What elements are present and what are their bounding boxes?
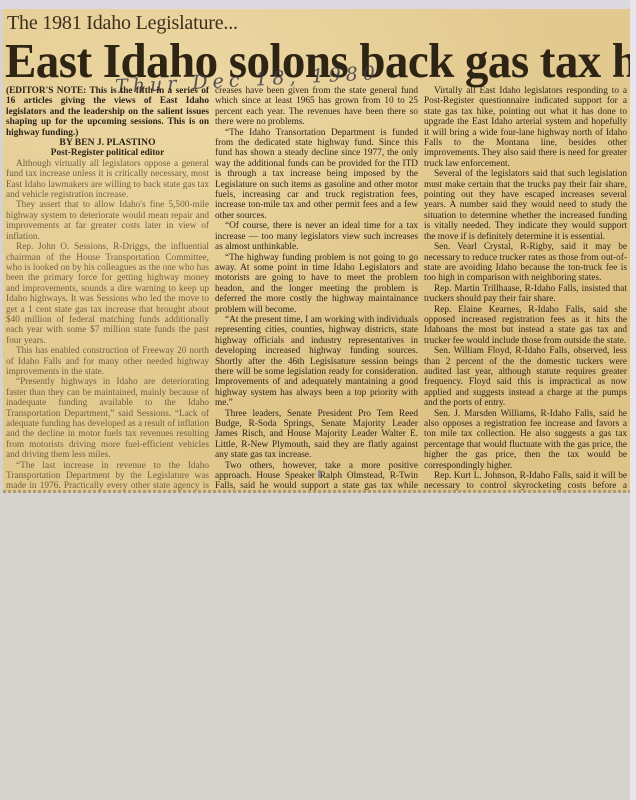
- paragraph: “Presently highways in Idaho are deterio…: [6, 377, 209, 460]
- byline-title: Post-Register political editor: [6, 148, 209, 158]
- article-body: (EDITOR'S NOTE: This is the fifth in a s…: [6, 86, 628, 492]
- article-column-2: creases have been given from the state g…: [215, 86, 418, 492]
- paragraph: Virtally all East Idaho legislators resp…: [424, 86, 627, 169]
- paragraph: “The Idaho Transortation Department is f…: [215, 128, 418, 222]
- paragraph: Sen. J. Marsden Williams, R-Idaho Falls,…: [424, 409, 627, 471]
- paragraph: Rep. Elaine Kearnes, R-Idaho Falls, said…: [424, 305, 627, 347]
- paragraph: “The highway funding problem is not goin…: [215, 253, 418, 315]
- paragraph: Although virtually all legislators oppos…: [6, 159, 209, 201]
- paragraph: creases have been given from the state g…: [215, 86, 418, 128]
- paragraph: “Of course, there is never an ideal time…: [215, 221, 418, 252]
- paragraph: “The last increase in revenue to the Ida…: [6, 461, 209, 492]
- paragraph: Two others, however, take a more positiv…: [215, 461, 418, 492]
- byline: BY BEN J. PLASTINO: [6, 138, 209, 148]
- paragraph: Sen. William Floyd, R-Idaho Falls, obser…: [424, 346, 627, 408]
- paragraph: Three leaders, Senate President Pro Tem …: [215, 409, 418, 461]
- paragraph: They assert that to allow Idaho's fine 5…: [6, 200, 209, 242]
- newspaper-clipping: The 1981 Idaho Legislature... East Idaho…: [3, 9, 630, 492]
- article-column-3: Virtally all East Idaho legislators resp…: [424, 86, 627, 492]
- article-column-1: (EDITOR'S NOTE: This is the fifth in a s…: [6, 86, 209, 492]
- paragraph: Sen. Vearl Crystal, R-Rigby, said it may…: [424, 242, 627, 284]
- kicker: The 1981 Idaho Legislature...: [7, 12, 238, 35]
- scan-right-margin: [630, 0, 636, 800]
- torn-bottom-edge: [3, 490, 630, 493]
- paragraph: Several of the legislators said that suc…: [424, 169, 627, 242]
- paragraph: Rep. Kurt L. Johnson, R-Idaho Falls, sai…: [424, 471, 627, 492]
- scan-top-margin: [0, 0, 636, 9]
- editors-note: (EDITOR'S NOTE: This is the fifth in a s…: [6, 86, 209, 138]
- paragraph: Rep. Martin Trillhaase, R-Idaho Falls, i…: [424, 284, 627, 305]
- paragraph: This has enabled construction of Freeway…: [6, 346, 209, 377]
- paragraph: “At the present time, I am working with …: [215, 315, 418, 409]
- paragraph: Rep. John O. Sessions, R-Driggs, the inf…: [6, 242, 209, 346]
- staple-mark: [318, 470, 321, 478]
